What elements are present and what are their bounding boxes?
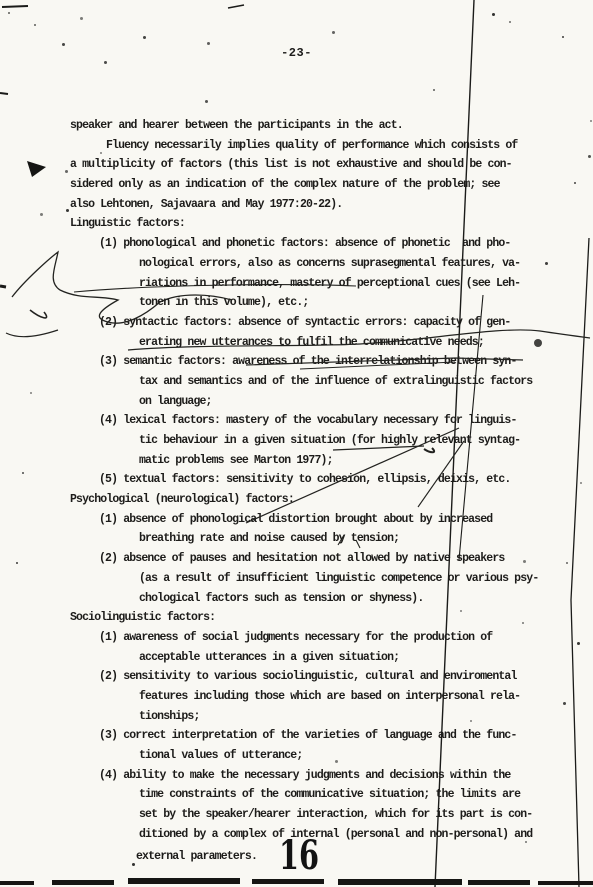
scan-speck	[522, 622, 524, 624]
scan-speck	[205, 100, 208, 103]
scan-speck	[335, 760, 338, 763]
text-line: nological errors, also as concerns supra…	[0, 254, 593, 274]
scan-speck	[143, 36, 146, 39]
page-number-top: -23-	[0, 46, 593, 60]
text-line: (2) sensitivity to various sociolinguist…	[0, 667, 593, 687]
text-line: Fluency necessarily implies quality of p…	[0, 136, 593, 156]
scan-speck	[590, 120, 592, 122]
scan-speck	[80, 17, 83, 20]
text-line: Linguistic factors:	[0, 214, 593, 234]
text-line: riations in performance, mastery of perc…	[0, 274, 593, 294]
scan-speck	[433, 89, 435, 91]
text-line: (2) syntactic factors: absence of syntac…	[0, 313, 593, 333]
scan-speck	[502, 772, 504, 774]
scanned-document-page: -23- speaker and hearer between the part…	[0, 0, 593, 887]
scan-speck	[8, 12, 10, 14]
scan-speck	[523, 560, 526, 563]
scan-speck	[100, 152, 102, 154]
text-line: a multiplicity of factors (this list is …	[0, 155, 593, 175]
text-line: tionships;	[0, 707, 593, 727]
scan-speck	[566, 562, 568, 564]
scan-speck	[65, 170, 68, 173]
text-line: (4) lexical factors: mastery of the voca…	[0, 411, 593, 431]
scan-edge-mark	[252, 879, 324, 884]
text-line: (4) ability to make the necessary judgme…	[0, 766, 593, 786]
text-line: features including those which are based…	[0, 687, 593, 707]
scan-speck	[332, 31, 335, 34]
scan-speck	[588, 155, 591, 158]
text-line: on language;	[0, 392, 593, 412]
text-line: tic behaviour in a given situation (for …	[0, 431, 593, 451]
text-line: (1) phonological and phonetic factors: a…	[0, 234, 593, 254]
scan-speck	[525, 841, 527, 843]
text-line: breathing rate and noise caused by tensi…	[0, 529, 593, 549]
scan-edge-mark	[128, 878, 240, 884]
scan-speck	[66, 209, 69, 212]
scan-speck	[34, 24, 36, 26]
text-line: Sociolinguistic factors:	[0, 608, 593, 628]
text-line: (3) correct interpretation of the variet…	[0, 726, 593, 746]
scan-speck	[577, 642, 580, 645]
scan-speck	[562, 36, 564, 38]
text-line: (5) textual factors: sensitivity to cohe…	[0, 470, 593, 490]
scan-speck	[207, 42, 210, 45]
scan-speck	[30, 392, 32, 394]
scan-speck	[470, 720, 472, 722]
scan-speck	[460, 610, 462, 612]
page-number-stamp: 16	[279, 836, 319, 876]
text-line: (1) absence of phonological distortion b…	[0, 510, 593, 530]
text-line: (2) absence of pauses and hesitation not…	[0, 549, 593, 569]
text-line: (3) semantic factors: awareness of the i…	[0, 352, 593, 372]
scan-speck	[492, 13, 495, 16]
text-line: time constraints of the communicative si…	[0, 785, 593, 805]
scan-edge-mark	[468, 880, 530, 885]
scan-edge-mark	[0, 881, 34, 885]
scan-speck	[580, 482, 582, 484]
text-line: (as a result of insufficient linguistic …	[0, 569, 593, 589]
text-line: set by the speaker/hearer interaction, w…	[0, 805, 593, 825]
text-line: erating new utterances to fulfil the com…	[0, 333, 593, 353]
text-line: matic problems see Marton 1977);	[0, 451, 593, 471]
body-text: speaker and hearer between the participa…	[0, 116, 593, 867]
scan-edge-mark	[338, 879, 462, 885]
text-line: tonen in this volume), etc.;	[0, 293, 593, 313]
scan-speck	[132, 863, 135, 866]
scan-edge-mark	[52, 880, 114, 885]
scan-edge-mark	[538, 881, 593, 885]
text-line: tax and semantics and of the influence o…	[0, 372, 593, 392]
scan-speck	[545, 262, 548, 265]
scan-speck	[16, 562, 18, 564]
text-line: also Lehtonen, Sajavaara and May 1977:20…	[0, 195, 593, 215]
scan-speck	[62, 43, 65, 46]
scan-speck	[22, 472, 24, 474]
text-line: speaker and hearer between the participa…	[0, 116, 593, 136]
scan-speck	[563, 702, 566, 705]
scan-speck	[40, 213, 43, 216]
scan-speck	[104, 61, 107, 64]
scan-speck	[509, 21, 511, 23]
text-line: sidered only as an indication of the com…	[0, 175, 593, 195]
text-line: tional values of utterance;	[0, 746, 593, 766]
scan-edge-tick-top	[228, 5, 244, 8]
text-line: acceptable utterances in a given situati…	[0, 648, 593, 668]
text-line: chological factors such as tension or sh…	[0, 589, 593, 609]
text-line: Psychological (neurological) factors:	[0, 490, 593, 510]
scan-speck	[574, 182, 576, 184]
text-line: (1) awareness of social judgments necess…	[0, 628, 593, 648]
